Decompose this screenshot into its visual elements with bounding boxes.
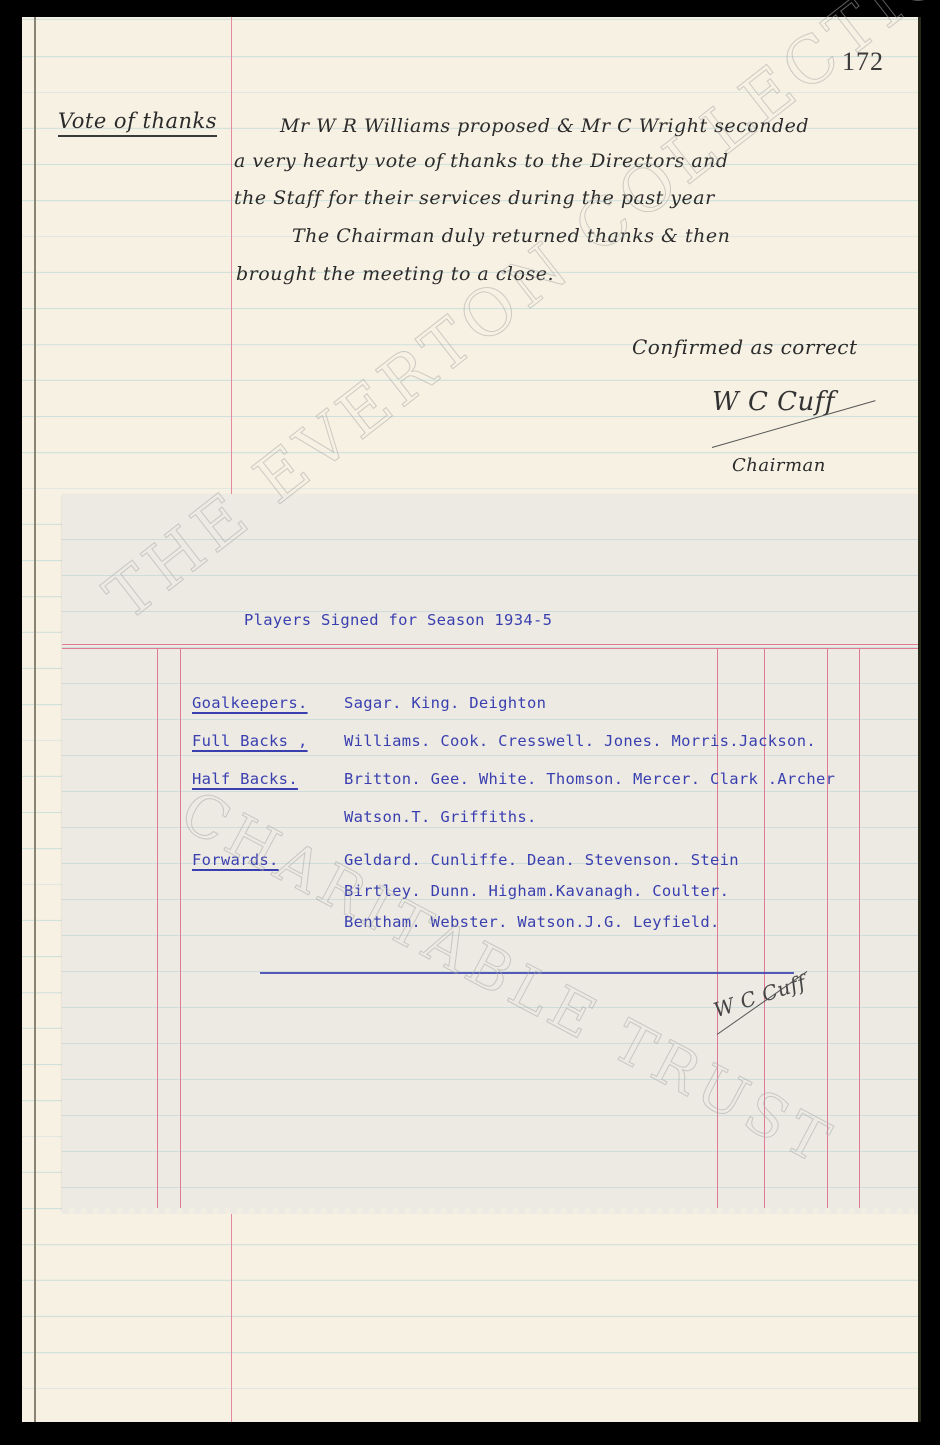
minute-line-5: brought the meeting to a close. <box>236 263 554 285</box>
ledger-page: 172 Vote of thanks Mr W R Williams propo… <box>22 17 921 1422</box>
slip-column-line <box>859 648 860 1210</box>
pasted-slip: Players Signed for Season 1934-5 Goalkee… <box>62 494 918 1210</box>
full-backs-line-1: Williams. Cook. Cresswell. Jones. Morris… <box>344 732 816 750</box>
torn-edge <box>62 1208 918 1214</box>
forwards-line-3: Bentham. Webster. Watson.J.G. Leyfield. <box>344 913 720 931</box>
slip-column-line <box>157 648 158 1210</box>
slip-red-rule-bottom <box>62 648 918 649</box>
minute-line-2: a very hearty vote of thanks to the Dire… <box>234 150 729 172</box>
half-backs-line-2: Watson.T. Griffiths. <box>344 808 537 826</box>
category-full-backs: Full Backs , <box>192 732 308 750</box>
category-forwards: Forwards. <box>192 851 279 869</box>
half-backs-line-1: Britton. Gee. White. Thomson. Mercer. Cl… <box>344 770 835 788</box>
typed-closing-rule <box>260 972 794 974</box>
minute-line-3: the Staff for their services during the … <box>234 187 715 209</box>
minute-line-4: The Chairman duly returned thanks & then <box>292 225 730 247</box>
forwards-line-2: Birtley. Dunn. Higham.Kavanagh. Coulter. <box>344 882 729 900</box>
margin-heading: Vote of thanks <box>58 109 217 137</box>
chairman-signature: W C Cuff <box>712 387 835 417</box>
confirmation-text: Confirmed as correct <box>632 335 858 359</box>
minute-line-1: Mr W R Williams proposed & Mr C Wright s… <box>280 115 809 137</box>
category-half-backs: Half Backs. <box>192 770 298 788</box>
category-goalkeepers: Goalkeepers. <box>192 694 308 712</box>
slip-column-line <box>827 648 828 1210</box>
binding-line <box>34 17 36 1422</box>
signature-title: Chairman <box>732 455 826 476</box>
slip-red-rule-top <box>62 644 918 645</box>
slip-title: Players Signed for Season 1934-5 <box>244 611 552 629</box>
page-number: 172 <box>842 47 884 77</box>
goalkeepers-line-1: Sagar. King. Deighton <box>344 694 546 712</box>
slip-column-line <box>180 648 181 1210</box>
forwards-line-1: Geldard. Cunliffe. Dean. Stevenson. Stei… <box>344 851 739 869</box>
slip-initials: W C Cuff <box>711 970 809 1022</box>
